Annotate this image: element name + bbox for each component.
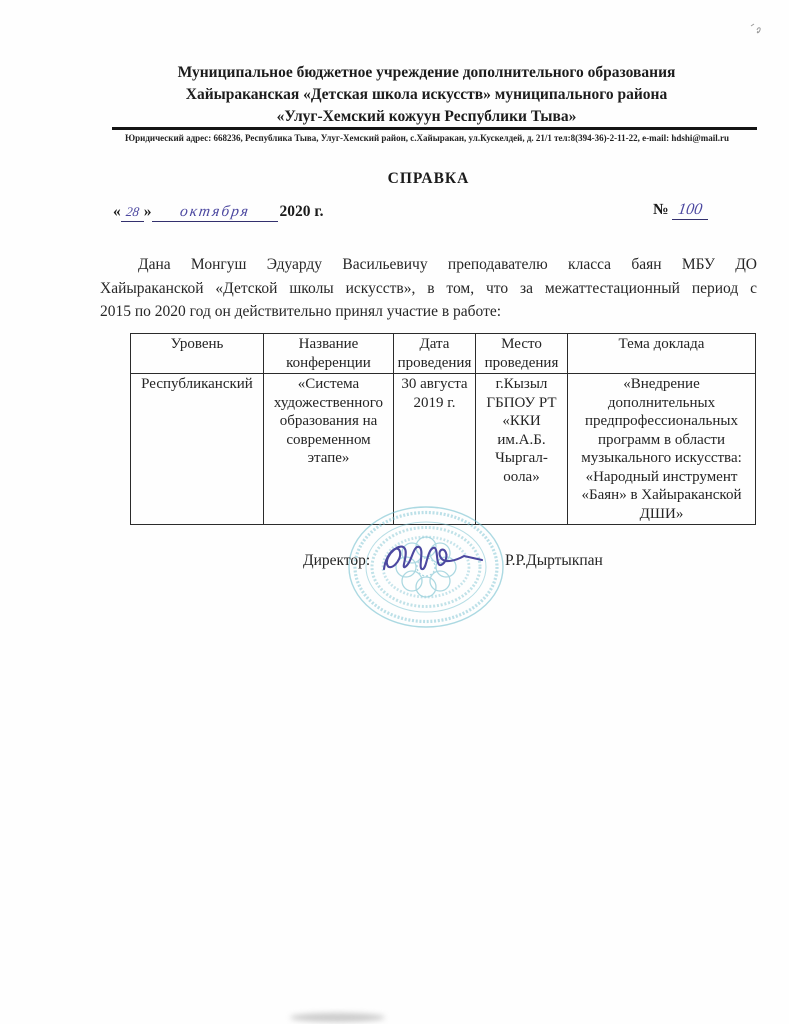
director-label: Директор:	[303, 552, 370, 570]
pencil-mark	[748, 22, 766, 38]
org-name-line1: Муниципальное бюджетное учреждение допол…	[95, 62, 758, 84]
page-title: СПРАВКА	[100, 170, 757, 188]
month-underline: октября	[152, 203, 278, 222]
body-line: Дана Монгуш Эдуарду Васильевичу преподав…	[100, 253, 757, 277]
director-name: Р.Р.Дыртыкпан	[505, 552, 603, 570]
legal-address: Юридический адрес: 668236, Республика Ты…	[67, 133, 787, 143]
cell-place: г.Кызыл ГБПОУ РТ «ККИ им.А.Б. Чыргал-оол…	[476, 374, 568, 525]
org-name-line2: Хайыраканская «Детская школа искусств» м…	[95, 84, 758, 106]
col-header-topic: Тема доклада	[568, 334, 756, 374]
handwritten-number: 100	[677, 201, 704, 219]
col-header-date: Дата проведения	[394, 334, 476, 374]
org-name-line3: «Улуг-Хемский кожуун Республики Тыва»	[95, 106, 758, 128]
date-line: «28»октября2020 г.	[113, 203, 324, 222]
director-signature	[372, 525, 497, 583]
header-divider	[112, 127, 757, 130]
handwritten-day: 28	[125, 204, 140, 220]
day-underline: 28	[121, 203, 144, 222]
conference-table: Уровень Название конференции Дата провед…	[130, 333, 756, 525]
cell-conference: «Система художественного образования на …	[264, 374, 394, 525]
document-page: Муниципальное бюджетное учреждение допол…	[0, 0, 789, 1024]
document-number: № 100	[653, 201, 708, 220]
cell-level: Республиканский	[131, 374, 264, 525]
year-text: 2020 г.	[280, 203, 324, 220]
col-header-place: Место проведения	[476, 334, 568, 374]
cell-topic: «Внедрение дополнительных предпрофессион…	[568, 374, 756, 525]
body-line: Хайыраканской «Детской школы искусств», …	[100, 277, 757, 301]
cell-date: 30 августа 2019 г.	[394, 374, 476, 525]
col-header-level: Уровень	[131, 334, 264, 374]
handwritten-month: октября	[178, 203, 250, 221]
letterhead: Муниципальное бюджетное учреждение допол…	[95, 62, 758, 128]
col-header-conference: Название конференции	[264, 334, 394, 374]
table-row: Республиканский «Система художественного…	[131, 374, 756, 525]
body-paragraph: Дана Монгуш Эдуарду Васильевичу преподав…	[100, 253, 757, 324]
scan-smudge	[290, 1013, 385, 1022]
number-underline: 100	[672, 201, 708, 220]
quote-close: »	[144, 203, 152, 220]
table-header-row: Уровень Название конференции Дата провед…	[131, 334, 756, 374]
body-line: 2015 по 2020 год он действительно принял…	[100, 300, 757, 324]
number-sign: №	[653, 201, 669, 218]
quote-open: «	[113, 203, 121, 220]
